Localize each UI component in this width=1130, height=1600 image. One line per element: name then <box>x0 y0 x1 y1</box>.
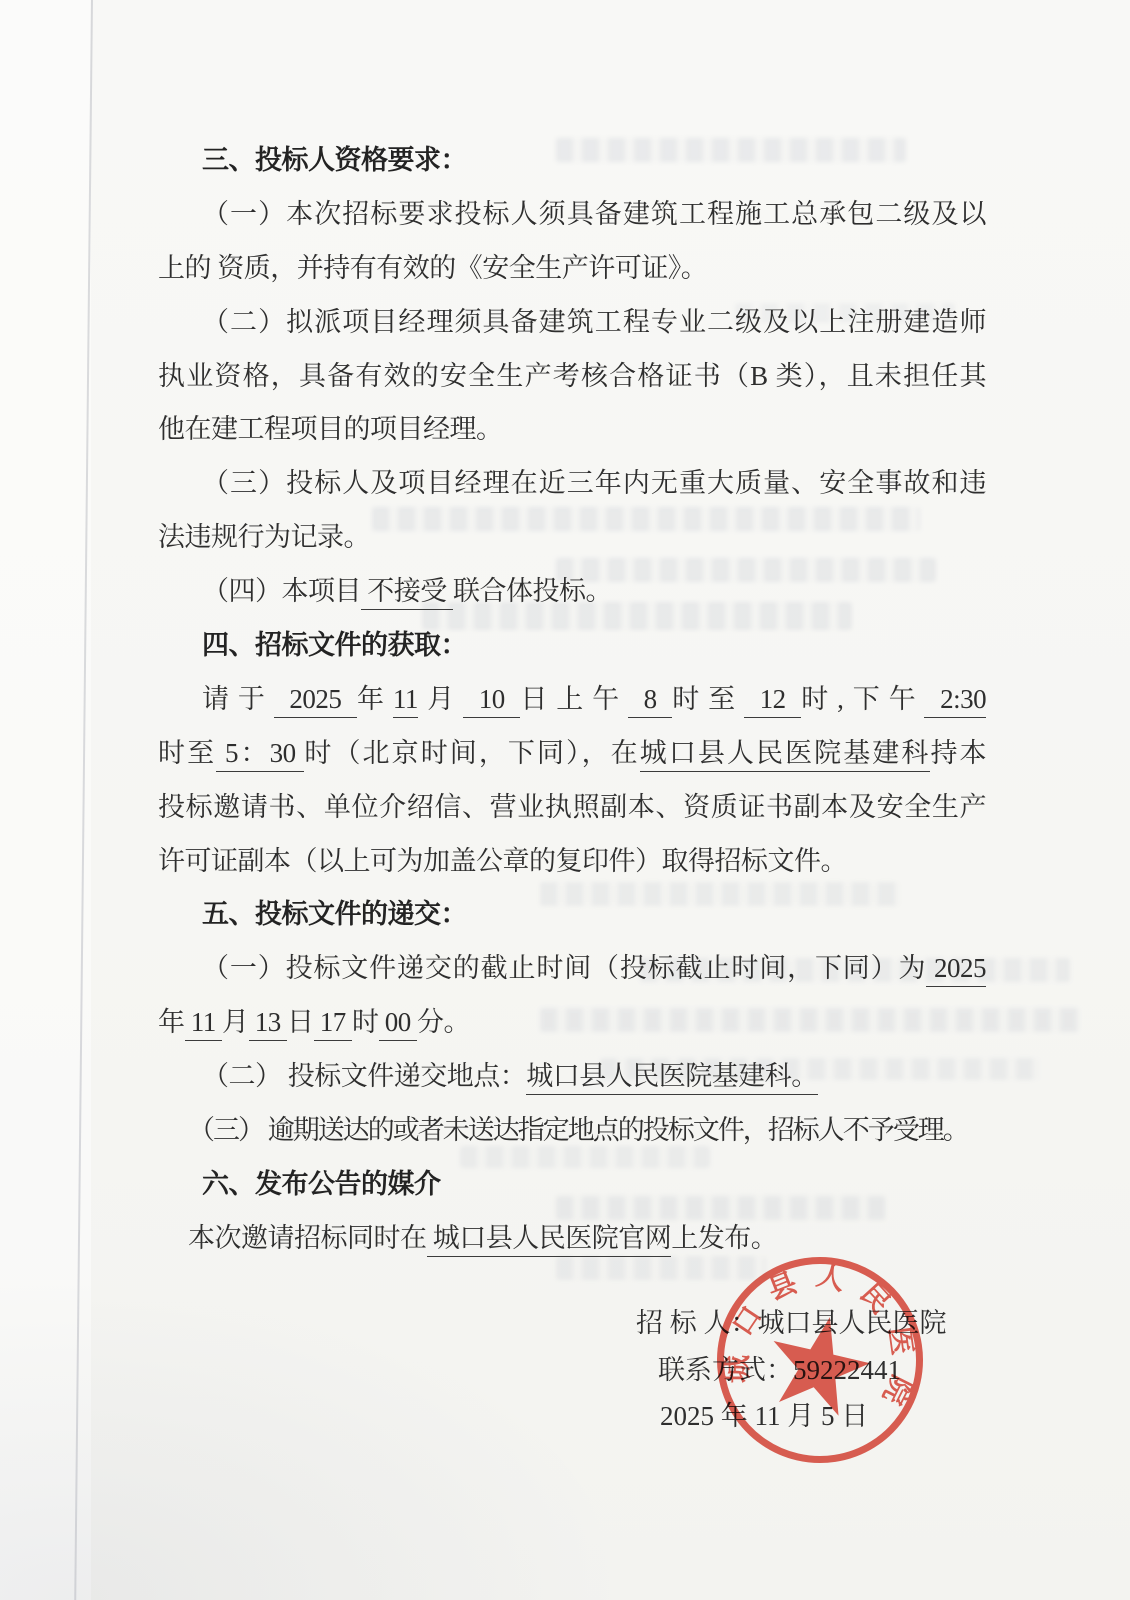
text-segment: 日 <box>287 1007 314 1037</box>
text-segment: （一）本次招标要求投标人须具备建筑工程施工总承包二级及以 <box>202 199 986 229</box>
text-segment: 他在建工程项目的项目经理。 <box>158 414 503 444</box>
text-segment: 时 <box>352 1007 379 1037</box>
section-6-heading: 六、发布公告的媒介 <box>158 1158 986 1212</box>
item-3-4: （四）本项目 不接受 联合体投标。 <box>158 565 986 619</box>
tenderer-line: 招 标 人：城口县人民医院 <box>636 1306 947 1340</box>
text-segment: （一）投标文件递交的截止时间（投标截止时间，下同）为 <box>202 953 926 983</box>
text-segment: 联合体投标。 <box>453 576 612 606</box>
document-body: 三、投标人资格要求：（一）本次招标要求投标人须具备建筑工程施工总承包二级及以上的… <box>158 134 986 1266</box>
item-3-3-line-2: 法违规行为记录。 <box>158 511 986 565</box>
underlined-fill-in: 11 <box>185 1007 223 1041</box>
section-4-heading: 四、招标文件的获取： <box>158 619 986 673</box>
text-segment: 月 <box>222 1007 249 1037</box>
text-segment: 请于 <box>202 684 274 714</box>
text-segment: 执业资格，具备有效的安全生产考核合格证书（B 类），且未担任其 <box>158 361 986 391</box>
text-segment: 年 <box>158 1007 185 1037</box>
underlined-fill-in: 12 <box>744 684 801 718</box>
document-page: 三、投标人资格要求：（一）本次招标要求投标人须具备建筑工程施工总承包二级及以上的… <box>0 0 1130 1600</box>
item-3-2-line-2: 执业资格，具备有效的安全生产考核合格证书（B 类），且未担任其 <box>158 350 986 404</box>
item-3-1-line-2: 上的 资质，并持有有效的《安全生产许可证》。 <box>158 242 986 296</box>
underlined-fill-in: 城口县人民医院官网 <box>427 1223 672 1257</box>
underlined-fill-in: 2025 <box>926 953 986 987</box>
underlined-fill-in: 17 <box>314 1007 353 1041</box>
text-segment: 投标邀请书、单位介绍信、营业执照副本、资质证书副本及安全生产 <box>158 792 986 822</box>
item-5-1-line-1: （一）投标文件递交的截止时间（投标截止时间，下同）为 2025 <box>158 942 986 996</box>
text-segment: 三、投标人资格要求： <box>202 145 467 175</box>
underlined-fill-in: 11 <box>393 684 418 718</box>
item-5-1-line-2: 年 11 月 13 日 17 时 00 分。 <box>158 996 986 1050</box>
section-4-line-3: 投标邀请书、单位介绍信、营业执照副本、资质证书副本及安全生产 <box>158 781 986 835</box>
section-4-line-4: 许可证副本（以上可为加盖公章的复印件）取得招标文件。 <box>158 835 986 889</box>
underlined-fill-in: 8 <box>628 684 672 718</box>
text-segment: （二）拟派项目经理须具备建筑工程专业二级及以上注册建造师 <box>202 307 986 337</box>
underlined-fill-in: 城口县人民医院基建科。 <box>526 1061 818 1095</box>
underlined-fill-in: 10 <box>463 684 520 718</box>
underlined-fill-in: 13 <box>249 1007 288 1041</box>
text-segment: （二） 投标文件递交地点： <box>202 1061 526 1091</box>
text-segment: 日上午 <box>520 684 628 714</box>
text-segment: 年 <box>357 684 393 714</box>
text-segment: 时,下午 <box>801 684 924 714</box>
text-segment: 月 <box>418 684 463 714</box>
item-3-3-line-1: （三）投标人及项目经理在近三年内无重大质量、安全事故和违 <box>158 457 986 511</box>
text-segment: 上的 资质，并持有有效的《安全生产许可证》。 <box>158 253 707 283</box>
item-3-2-line-3: 他在建工程项目的项目经理。 <box>158 403 986 457</box>
text-segment: 上发布。 <box>671 1223 777 1253</box>
section-3-heading: 三、投标人资格要求： <box>158 134 986 188</box>
underlined-fill-in: 00 <box>379 1007 418 1041</box>
text-segment: 五、投标文件的递交： <box>202 899 467 929</box>
text-segment: 时至 <box>672 684 744 714</box>
text-segment: 持本 <box>930 738 986 768</box>
text-segment: 许可证副本（以上可为加盖公章的复印件）取得招标文件。 <box>158 846 847 876</box>
item-5-3: （三） 逾期送达的或者未送达指定地点的投标文件，招标人不予受理。 <box>158 1104 986 1158</box>
text-segment: 本次邀请招标同时在 <box>188 1223 427 1253</box>
section-5-heading: 五、投标文件的递交： <box>158 888 986 942</box>
underlined-fill-in: 5：30 <box>216 738 304 772</box>
underlined-fill-in: 2:30 <box>924 684 986 718</box>
underlined-fill-in: 不接受 <box>361 576 453 610</box>
text-segment: （四）本项目 <box>202 576 361 606</box>
contact-line: 联系方式：59222441 <box>658 1353 901 1387</box>
underlined-fill-in: 2025 <box>274 684 357 718</box>
text-segment: （三）投标人及项目经理在近三年内无重大质量、安全事故和违 <box>202 468 986 498</box>
text-segment: 时至 <box>158 738 216 768</box>
item-3-2-line-1: （二）拟派项目经理须具备建筑工程专业二级及以上注册建造师 <box>158 296 986 350</box>
text-segment: 四、招标文件的获取： <box>202 630 467 660</box>
underlined-fill-in: 城口县人民医院基建科 <box>640 738 931 772</box>
text-segment: 六、发布公告的媒介 <box>202 1169 441 1199</box>
section-6-line-1: 本次邀请招标同时在 城口县人民医院官网上发布。 <box>158 1212 986 1266</box>
date-line: 2025 年 11 月 5 日 <box>660 1399 868 1433</box>
item-3-1-line-1: （一）本次招标要求投标人须具备建筑工程施工总承包二级及以 <box>158 188 986 242</box>
section-4-line-2: 时至 5：30 时（北京时间，下同），在城口县人民医院基建科持本 <box>158 727 986 781</box>
item-5-2: （二） 投标文件递交地点：城口县人民医院基建科。 <box>158 1050 986 1104</box>
text-segment: 时（北京时间，下同），在 <box>304 738 639 768</box>
section-4-line-1: 请于 2025 年11月 10 日上午 8 时至 12 时,下午 2:30 <box>158 673 986 727</box>
text-segment: 分。 <box>417 1007 470 1037</box>
text-segment: （三） 逾期送达的或者未送达指定地点的投标文件，招标人不予受理。 <box>188 1115 968 1145</box>
text-segment: 法违规行为记录。 <box>158 522 370 552</box>
